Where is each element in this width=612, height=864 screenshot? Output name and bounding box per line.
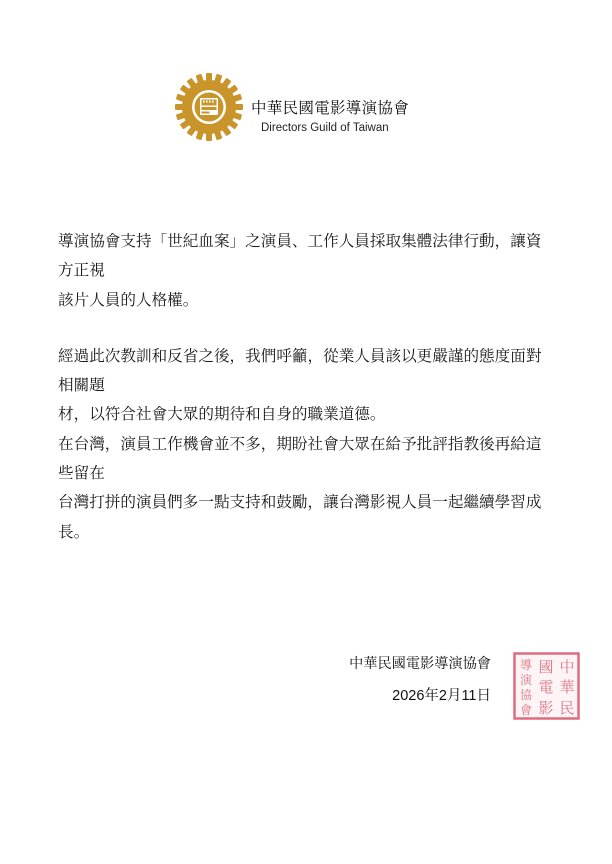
paragraph-3: 在台灣，演員工作機會並不多，期盼社會大眾在給予批評指教後再給這些留在 台灣打拼的…: [58, 430, 554, 547]
svg-text:協: 協: [520, 687, 532, 702]
paragraph-spacer: [58, 315, 554, 342]
gear-film-logo-icon: [174, 72, 244, 142]
svg-text:民: 民: [559, 699, 574, 717]
svg-text:電: 電: [538, 678, 553, 696]
svg-text:華: 華: [559, 678, 574, 696]
official-seal-icon: 中 華 民 國 電 影 導 演 協 會: [513, 652, 580, 720]
svg-text:導: 導: [520, 658, 532, 672]
paragraph-2: 經過此次教訓和反省之後，我們呼籲，從業人員該以更嚴謹的態度面對相關題 材，以符合…: [58, 342, 554, 430]
svg-text:國: 國: [538, 658, 553, 676]
paragraph-1: 導演協會支持「世紀血案」之演員、工作人員採取集體法律行動，讓資方正視 該片人員的…: [58, 227, 554, 315]
svg-text:影: 影: [538, 699, 553, 717]
svg-text:中: 中: [559, 658, 574, 676]
signature-date: 2026年2月11日: [392, 686, 491, 706]
statement-body: 導演協會支持「世紀血案」之演員、工作人員採取集體法律行動，讓資方正視 該片人員的…: [58, 227, 554, 547]
signature-org-name: 中華民國電影導演協會: [349, 654, 491, 674]
svg-text:會: 會: [520, 702, 532, 717]
org-name-chinese: 中華民國電影導演協會: [251, 98, 409, 118]
statement-page: 中華民國電影導演協會 Directors Guild of Taiwan 導演協…: [0, 0, 612, 864]
org-name-english: Directors Guild of Taiwan: [261, 121, 389, 136]
svg-text:演: 演: [520, 672, 533, 687]
